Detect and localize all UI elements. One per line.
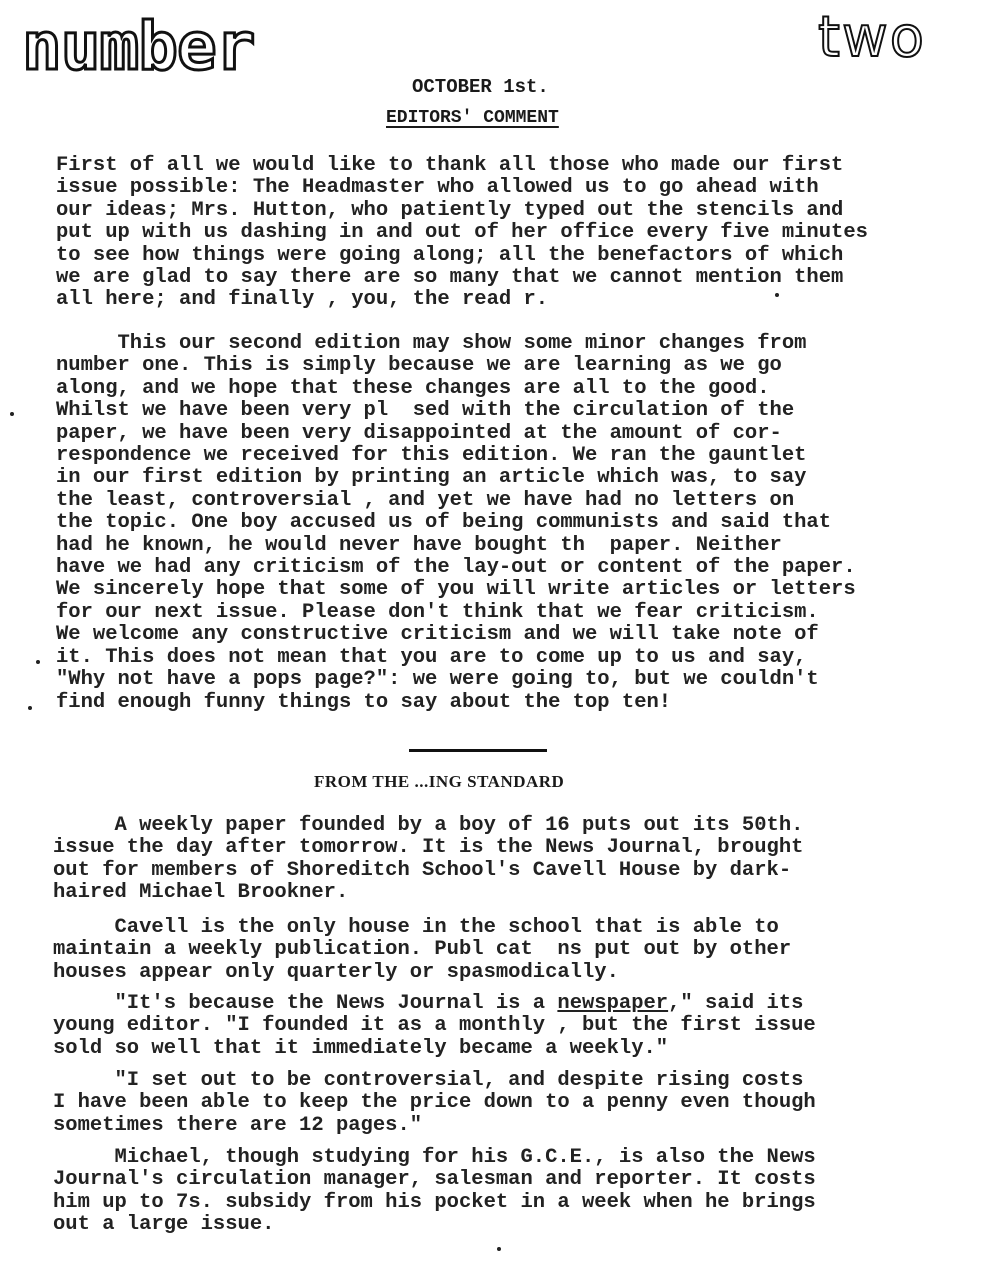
masthead-two: two [818,10,926,66]
standard-paragraph-2: Cavell is the only house in the school t… [53,917,963,984]
issue-date: OCTOBER 1st. [412,76,549,98]
scan-speck [497,1247,501,1251]
editors-comment-paragraph-1: First of all we would like to thank all … [56,155,966,312]
section-divider [409,749,547,752]
scan-speck [775,293,779,297]
document-page: number two OCTOBER 1st. EDITORS' COMMENT… [0,0,1000,1264]
standard-paragraph-3-part-a: "It's because the News Journal is a [53,992,557,1015]
standard-paragraph-3: "It's because the News Journal is a news… [53,993,963,1060]
scan-speck [36,660,40,664]
scan-speck [10,412,14,416]
standard-paragraph-1: A weekly paper founded by a boy of 16 pu… [53,815,963,905]
standard-paragraph-5: Michael, though studying for his G.C.E.,… [53,1147,963,1237]
scan-speck [28,706,32,710]
editors-comment-heading: EDITORS' COMMENT [386,108,559,128]
from-standard-heading: FROM THE ...ING STANDARD [314,772,564,792]
underlined-newspaper: newspaper [557,992,668,1015]
standard-paragraph-4: "I set out to be controversial, and desp… [53,1070,963,1137]
editors-comment-paragraph-2: This our second edition may show some mi… [56,333,966,714]
masthead-number: number [22,14,254,80]
